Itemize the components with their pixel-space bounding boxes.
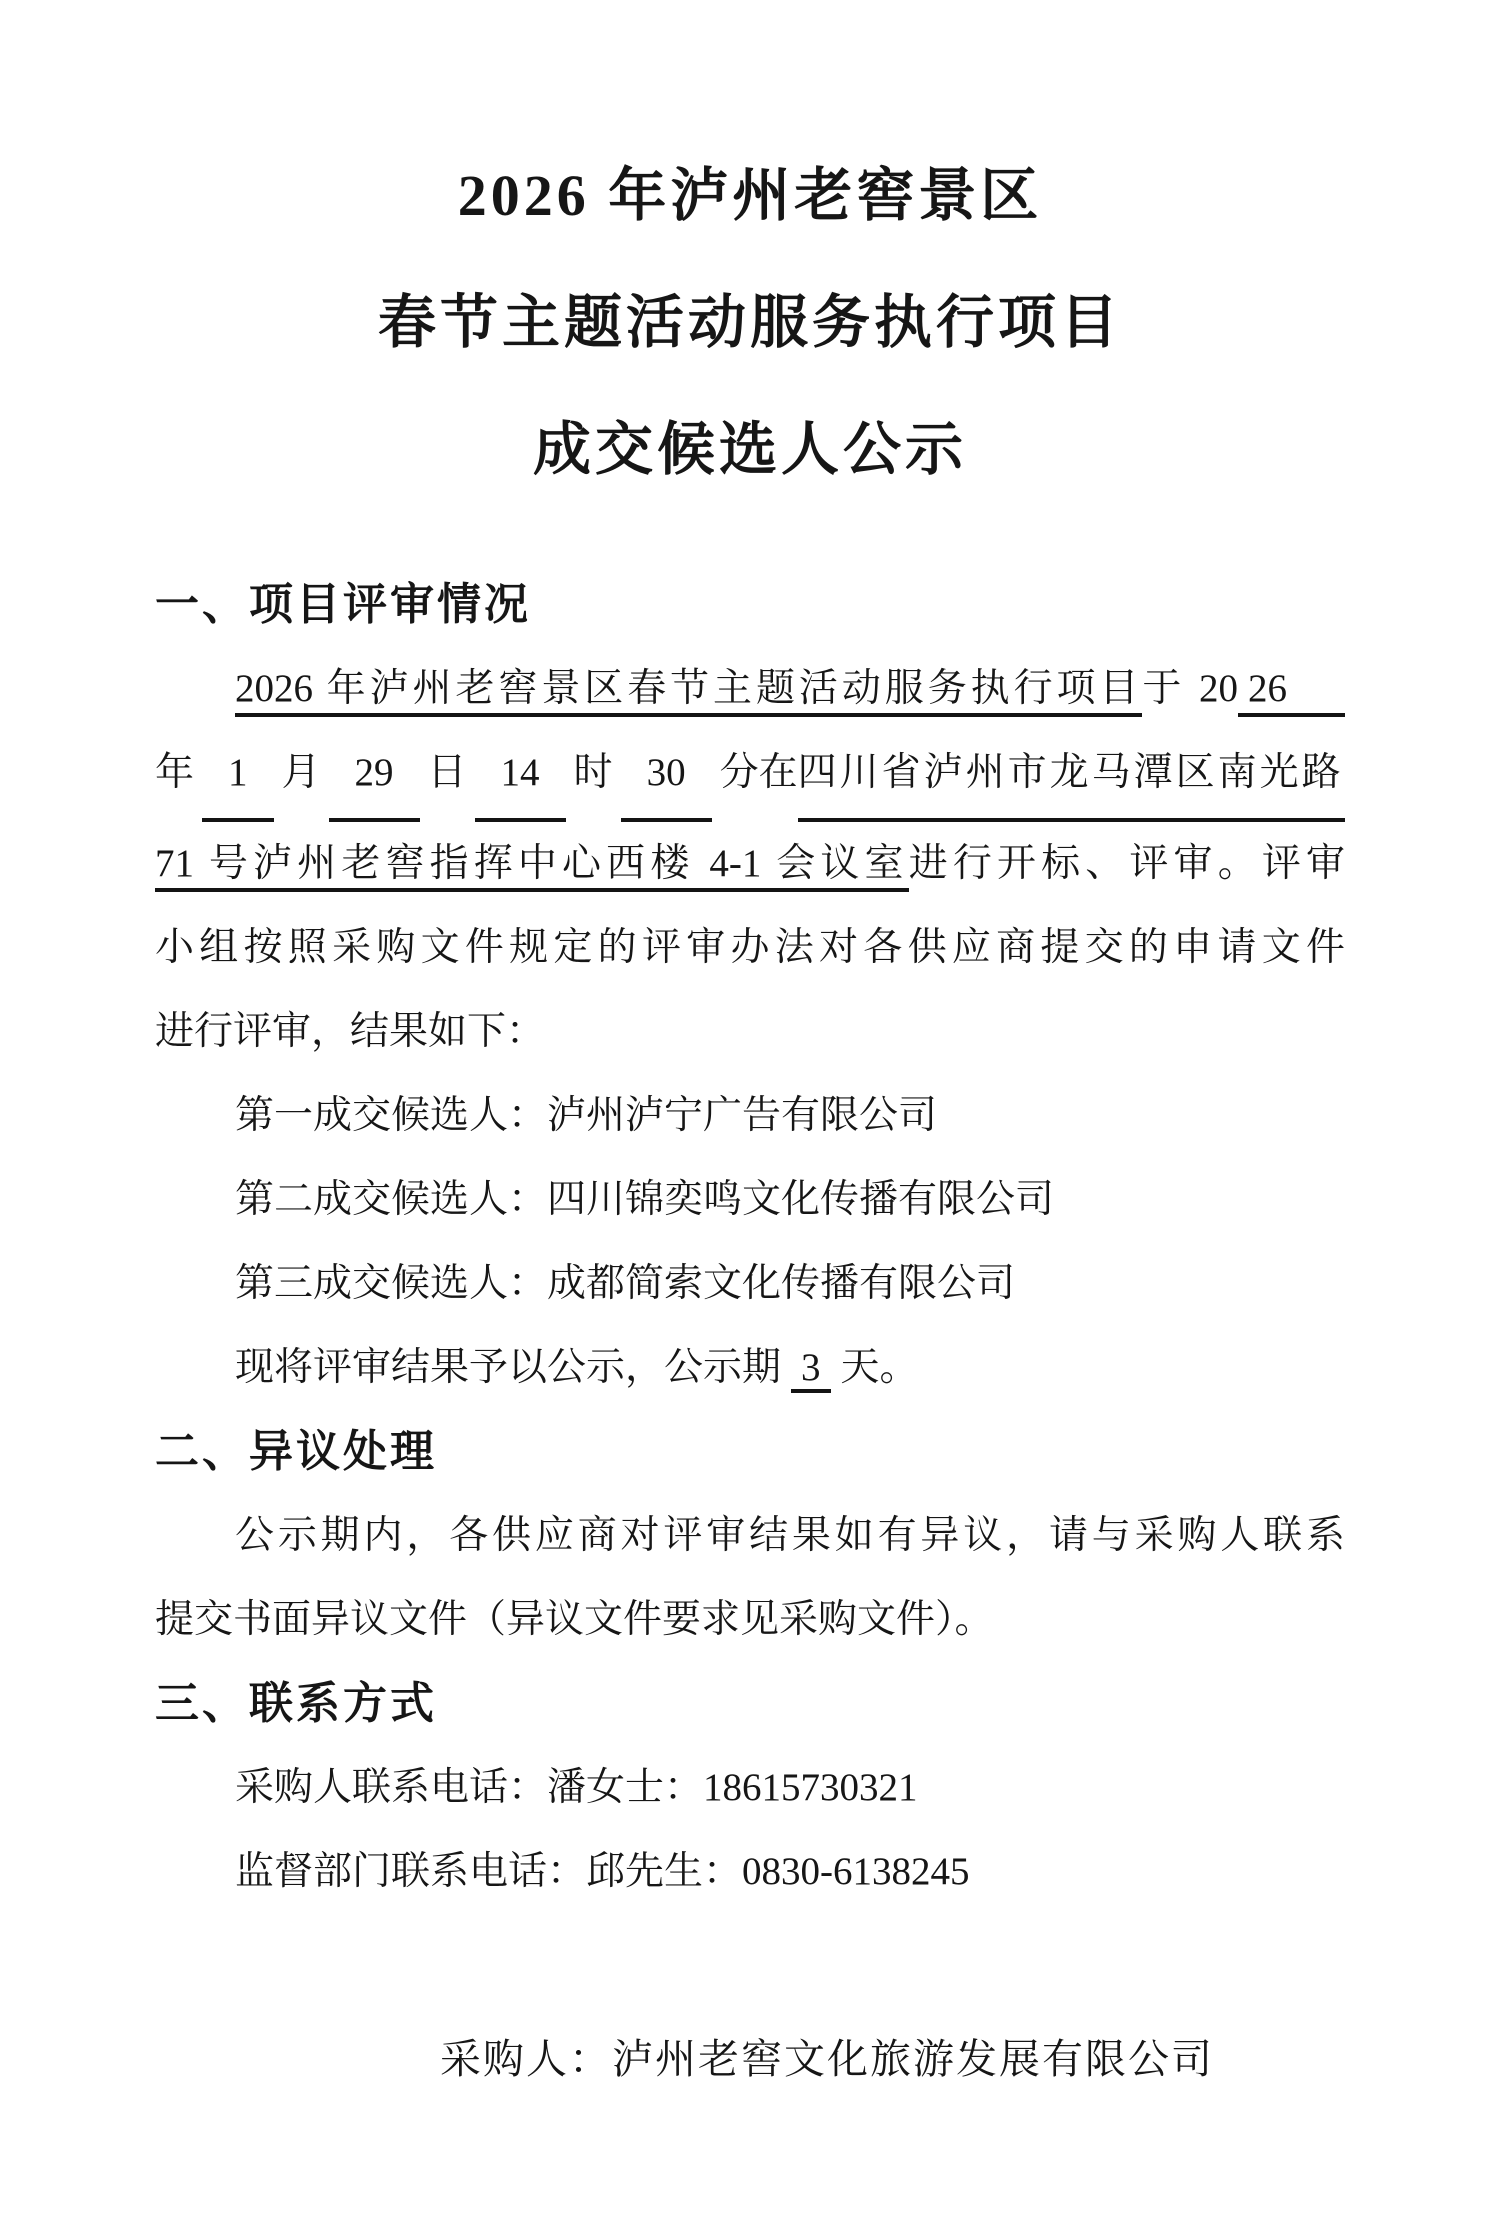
section2-paragraph-line1: 公示期内，各供应商对评审结果如有异议，请与采购人联系 [155,1494,1345,1578]
document-body: 一、项目评审情况 2026 年泸州老窖景区春节主题活动服务执行项目于 2026 … [155,563,1345,2101]
section3-heading: 三、联系方式 [155,1662,1345,1746]
section2-heading: 二、异议处理 [155,1410,1345,1494]
publicity-notice-prefix: 现将评审结果予以公示，公示期 [235,1346,781,1389]
section1-paragraph-line1: 2026 年泸州老窖景区春节主题活动服务执行项目于 2026 [155,647,1345,731]
candidate-row-1: 第一成交候选人：泸州泸宁广告有限公司 [155,1074,1345,1158]
date-label-year: 年 [155,731,194,815]
date-label-month: 月 [282,731,321,815]
section1-paragraph-line4: 小组按照采购文件规定的评审办法对各供应商提交的申请文件 [155,906,1345,990]
year-blank-value: 26 [1238,667,1345,717]
project-name-underlined: 2026 年泸州老窖景区春节主题活动服务执行项目 [235,667,1142,717]
venue-address-underlined: 四川省泸州市龙马潭区南光路 [798,731,1345,822]
date-label-minute-at: 分在 [720,731,798,815]
section1-heading: 一、项目评审情况 [155,563,1345,647]
publicity-days-blank-value: 3 [791,1346,831,1393]
announcement-document-page: 2026 年泸州老窖景区 春节主题活动服务执行项目 成交候选人公示 一、项目评审… [0,0,1500,2234]
minute-blank-value: 30 [621,731,712,822]
document-title-block: 2026 年泸州老窖景区 春节主题活动服务执行项目 成交候选人公示 [0,0,1500,513]
project-date-prefix: 于 20 [1142,667,1238,710]
title-line-2: 春节主题活动服务执行项目 [0,259,1500,386]
section1-paragraph-line2: 年1月29日14时30分在四川省泸州市龙马潭区南光路 [155,731,1345,822]
title-line-1: 2026 年泸州老窖景区 [0,132,1500,259]
buyer-phone-line: 采购人联系电话：潘女士：18615730321 [155,1746,1345,1830]
publicity-notice-suffix: 天。 [841,1346,919,1389]
venue-room-underlined: 71 号泸州老窖指挥中心西楼 4-1 会议室 [155,842,909,892]
title-line-3: 成交候选人公示 [0,386,1500,513]
section2-paragraph-line2: 提交书面异议文件（异议文件要求见采购文件）。 [155,1578,1345,1662]
day-blank-value: 29 [329,731,420,822]
supervisor-phone-line: 监督部门联系电话：邱先生：0830-6138245 [155,1830,1345,1914]
candidate-row-3: 第三成交候选人：成都简索文化传播有限公司 [155,1242,1345,1326]
hour-blank-value: 14 [475,731,566,822]
date-label-day: 日 [428,731,467,815]
section1-paragraph-line3: 71 号泸州老窖指挥中心西楼 4-1 会议室进行开标、评审。评审 [155,822,1345,906]
footer-buyer-signature: 采购人：泸州老窖文化旅游发展有限公司 [440,2017,1345,2101]
publicity-notice-line: 现将评审结果予以公示，公示期3天。 [155,1326,1345,1410]
section1-paragraph-line5: 进行评审，结果如下： [155,990,1345,1074]
month-blank-value: 1 [202,731,274,822]
bid-opening-text: 进行开标、评审。评审 [909,842,1345,885]
candidate-row-2: 第二成交候选人：四川锦奕鸣文化传播有限公司 [155,1158,1345,1242]
date-label-hour: 时 [574,731,613,815]
